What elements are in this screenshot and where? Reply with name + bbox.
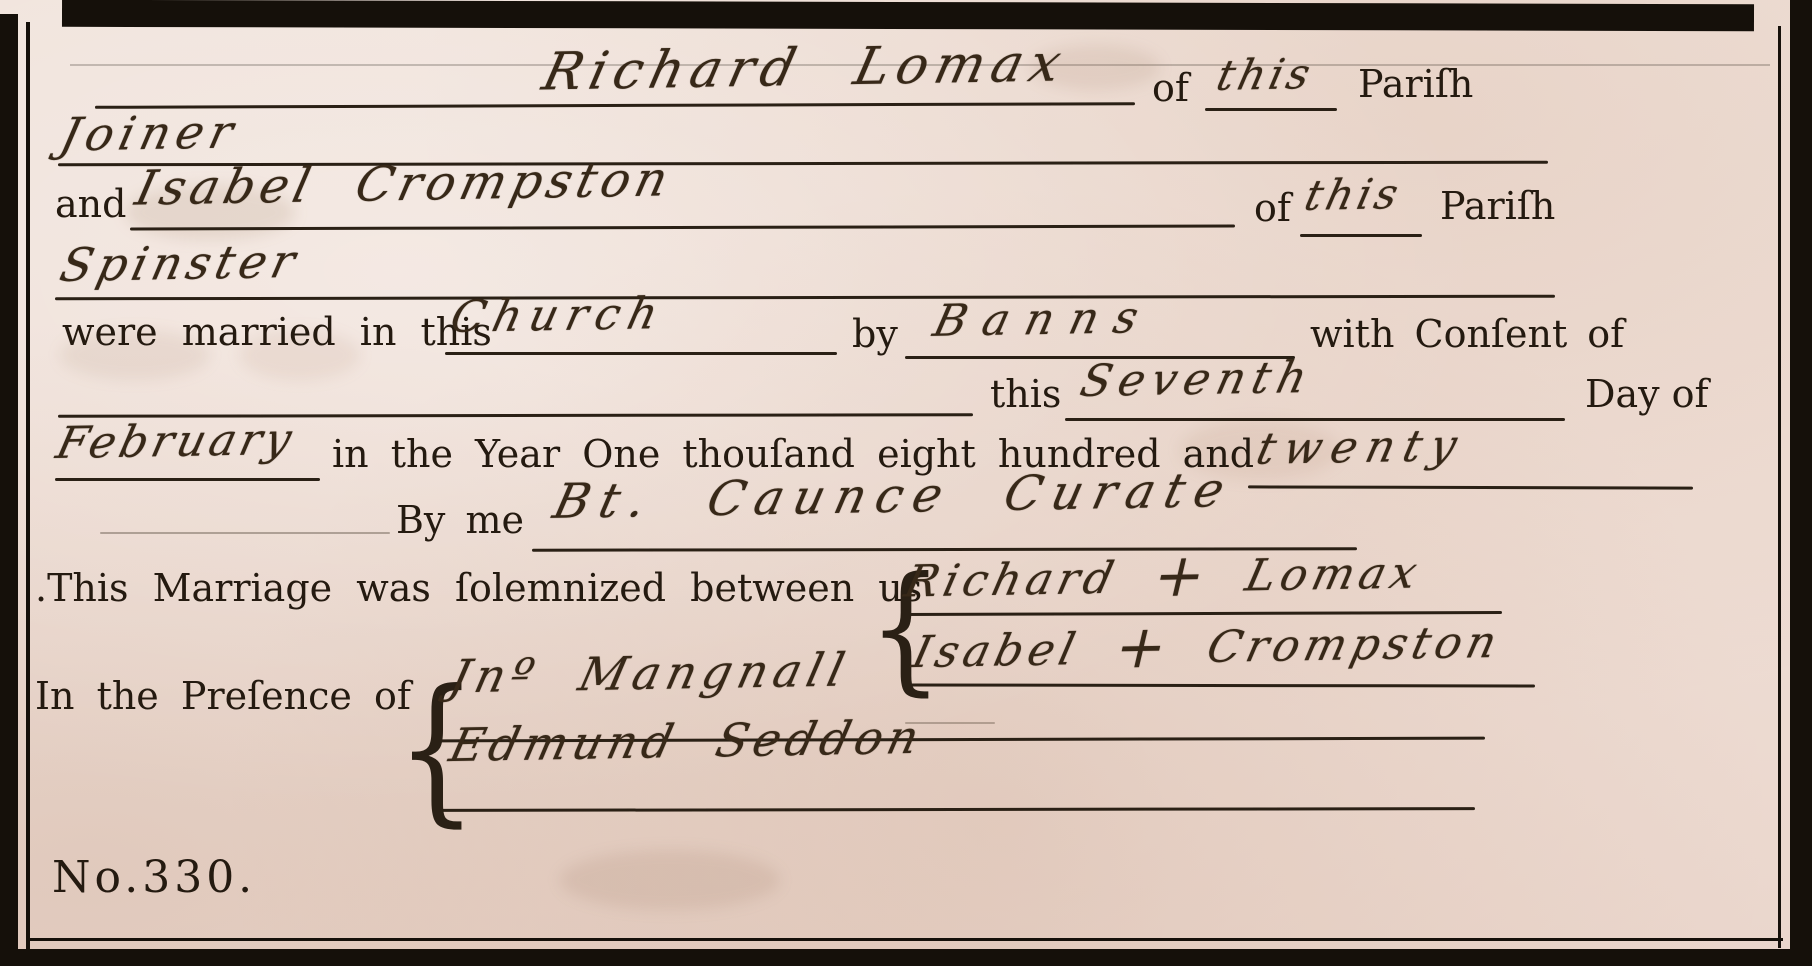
marriage-method-handwritten: Banns: [929, 292, 1160, 347]
bride-signature-surname: Crompston: [1202, 617, 1506, 673]
bride-name-handwritten: Isabel Crompston: [130, 151, 678, 216]
groom-mark: +: [1147, 541, 1218, 611]
left-border-inner: [26, 22, 30, 966]
year-rule: [1248, 485, 1693, 489]
place-rule: [445, 352, 837, 355]
this-label: this: [990, 372, 1061, 416]
paper-stain: [560, 850, 780, 910]
byme-left-faint-rule: [100, 532, 390, 534]
bride-mark: +: [1108, 613, 1179, 683]
right-border-outer: [1790, 0, 1812, 966]
witness-1-handwritten: Jnº Mangnall: [445, 643, 856, 704]
parish-label: Pariſh: [1440, 184, 1555, 228]
of-label: of: [1254, 186, 1291, 230]
parish-label: Pariſh: [1358, 62, 1473, 106]
right-border-inner: [1778, 26, 1781, 948]
top-border-bar: [62, 0, 1754, 31]
bottom-edge-line: [28, 938, 1783, 941]
day-handwritten: Seventh: [1076, 352, 1319, 407]
bride-condition-handwritten: Spinster: [55, 234, 305, 292]
bride-residence-rule: [1300, 234, 1422, 237]
groom-signature-given: Richard: [900, 553, 1123, 608]
marriage-place-handwritten: Church: [446, 288, 671, 343]
solemnized-label: .This Marriage was ſolemnized between us: [35, 566, 922, 610]
bride-name-rule: [130, 225, 1235, 231]
day-rule: [1065, 418, 1565, 421]
consent-label: with Conſent of: [1310, 312, 1624, 356]
by-me-label: By me: [396, 498, 524, 542]
by-label: by: [852, 312, 898, 356]
presence-label: In the Preſence of: [35, 674, 411, 718]
officiant-signature-handwritten: Bt. Caunce Curate: [548, 462, 1240, 530]
day-of-label: Day of: [1585, 372, 1709, 416]
year-word-handwritten: twenty: [1252, 420, 1471, 475]
groom-signature-surname: Lomax: [1241, 548, 1427, 602]
bride-signature-handwritten: Isabel + Crompston: [907, 603, 1510, 682]
groom-residence-handwritten: this: [1212, 49, 1319, 100]
condition-rule: [55, 295, 1555, 301]
bride-signature-given: Isabel: [908, 624, 1085, 678]
groom-name-handwritten: Richard Lomax: [537, 33, 1074, 102]
left-border-outer: [0, 14, 18, 966]
marriage-register-page: Richard Lomax of this Pariſh Joiner and …: [0, 0, 1812, 966]
witness-2-handwritten: Edmund Seddon: [445, 710, 929, 772]
and-label: and: [55, 182, 126, 226]
witness-2-rule: [440, 807, 1475, 812]
groom-occupation-handwritten: Joiner: [55, 104, 244, 161]
month-rule: [55, 478, 320, 481]
bride-residence-handwritten: this: [1300, 169, 1407, 220]
married-prefix-label: were married in this: [62, 310, 492, 354]
groom-residence-rule: [1205, 108, 1337, 111]
month-handwritten: February: [52, 414, 301, 469]
bottom-border-bar: [0, 949, 1812, 966]
groom-name-rule: [95, 102, 1135, 109]
groom-signature-handwritten: Richard + Lomax: [899, 534, 1430, 612]
entry-number: No.330.: [52, 852, 256, 903]
of-label: of: [1152, 66, 1189, 110]
bride-signature-rule: [905, 683, 1535, 687]
